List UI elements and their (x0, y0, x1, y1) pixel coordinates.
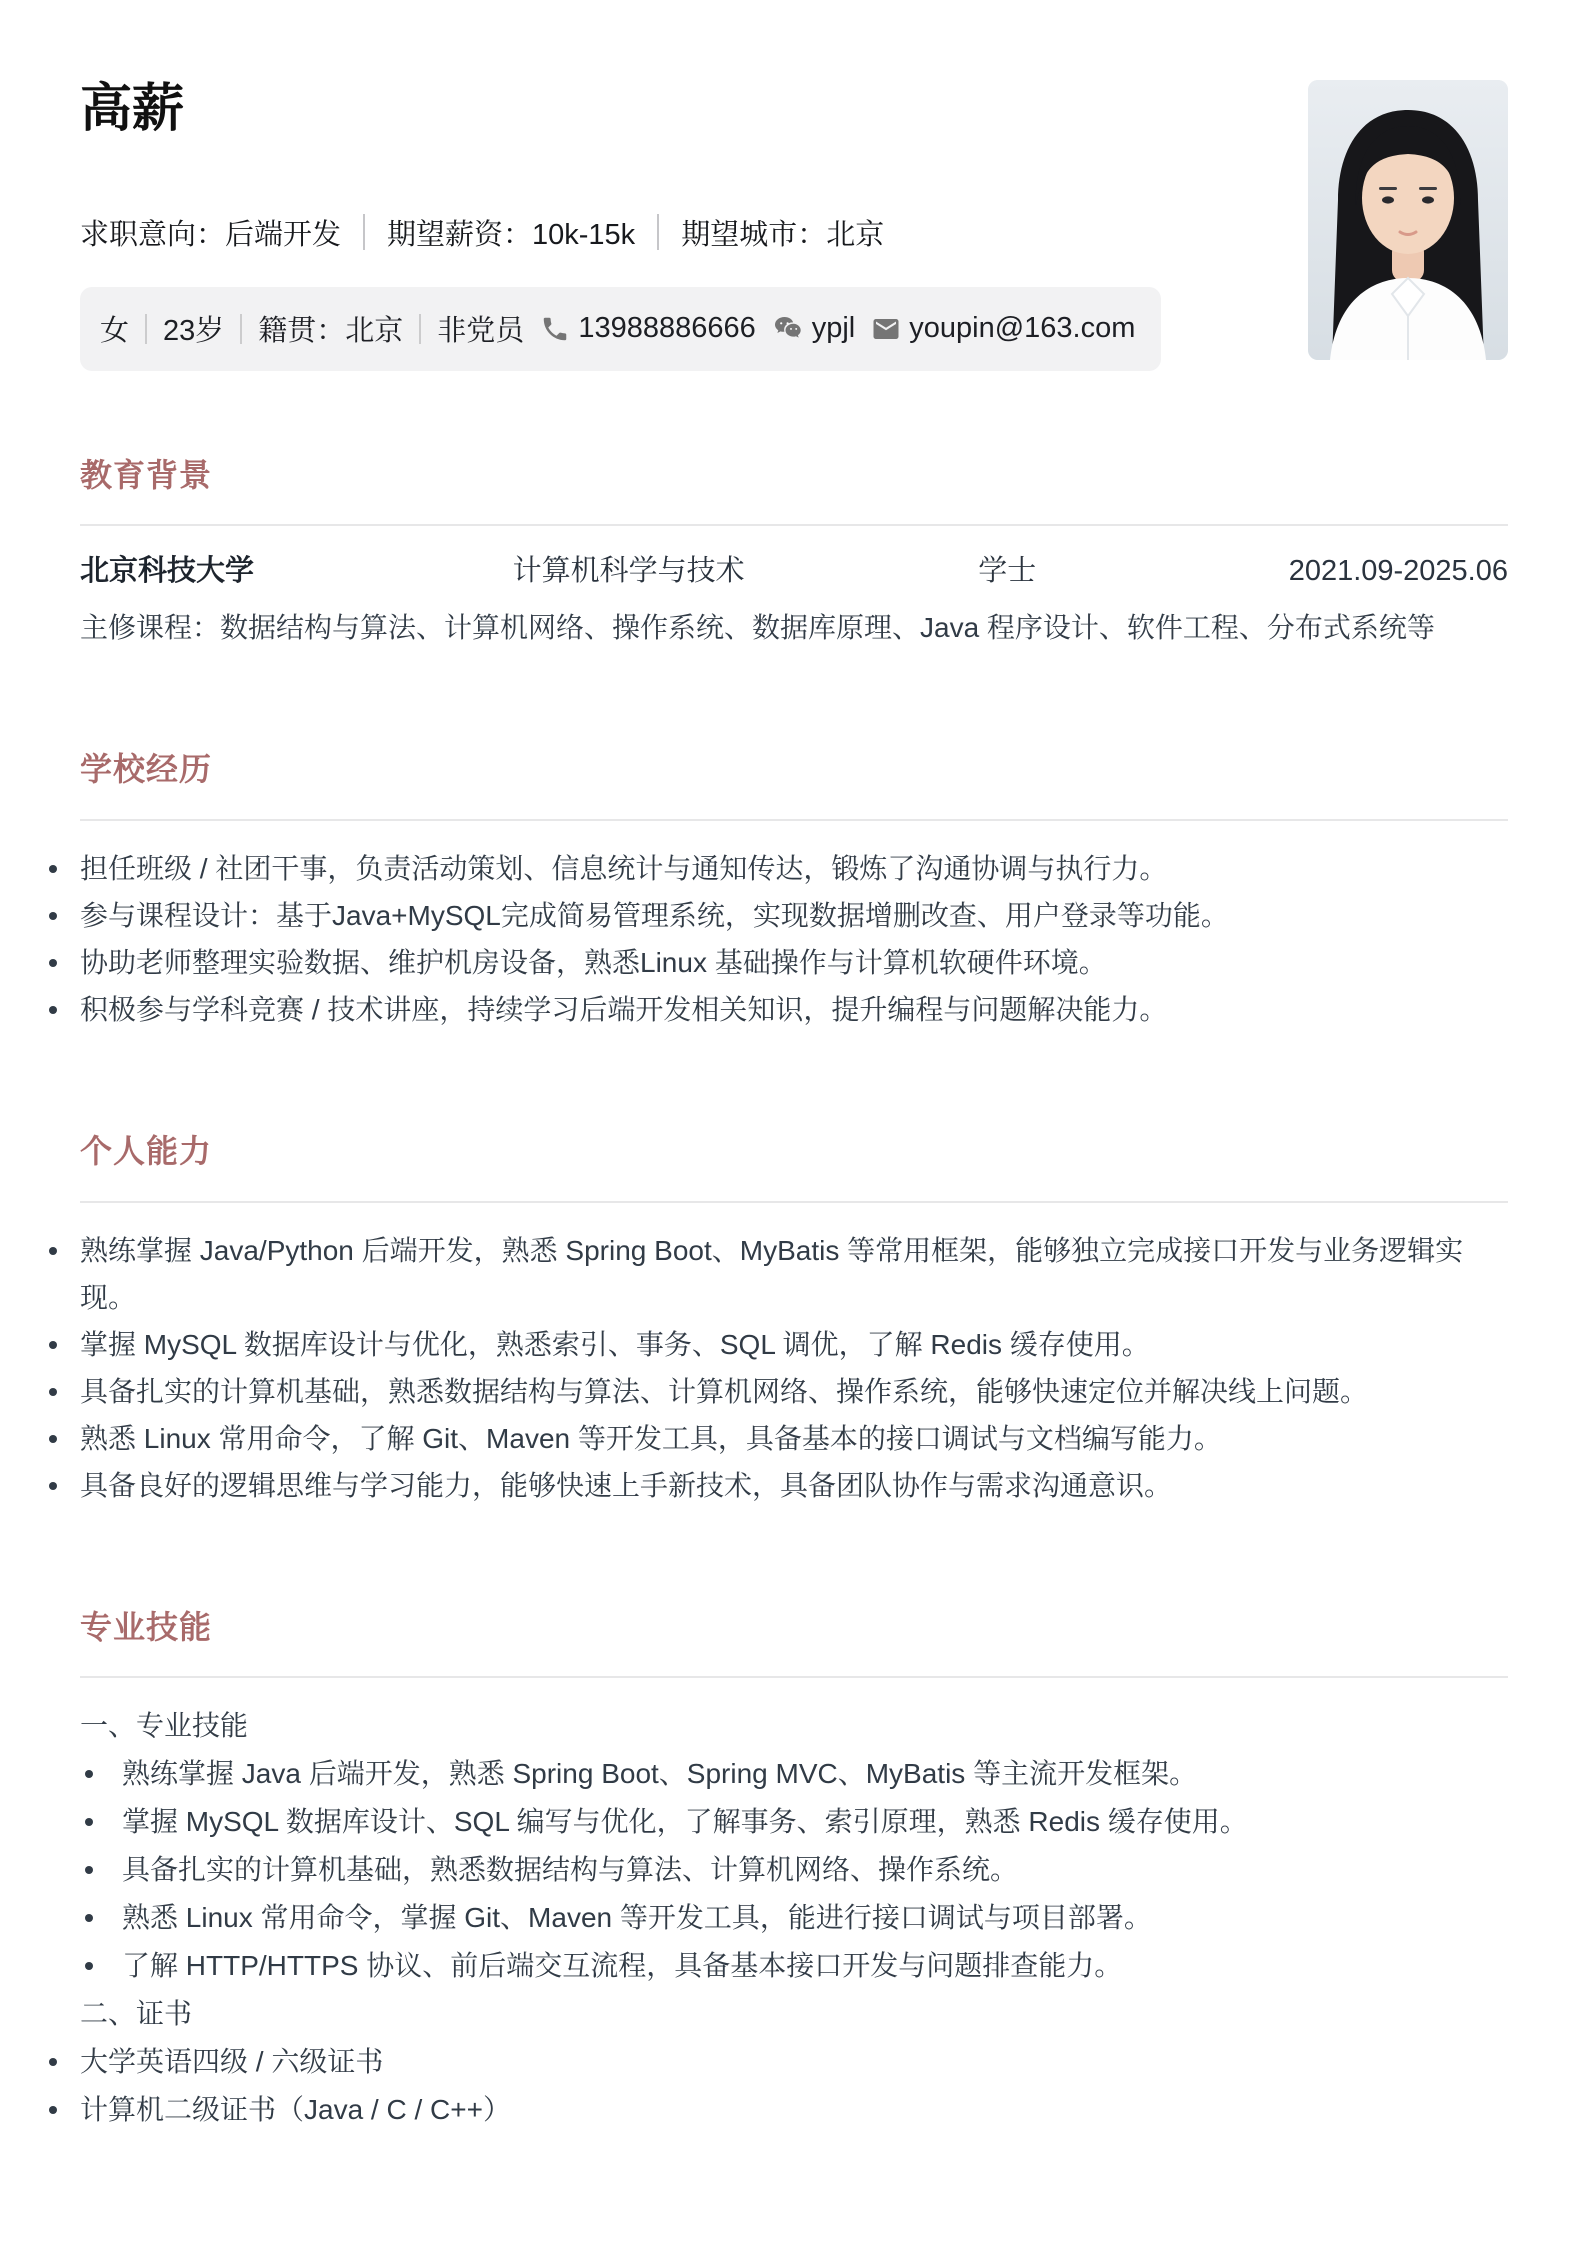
intent-target: 求职意向：后端开发 (80, 212, 341, 253)
email-address: youpin@163.com (909, 312, 1135, 345)
info-political-status: 非党员 (437, 308, 524, 349)
profile-photo (1308, 80, 1508, 360)
job-intent-line: 求职意向：后端开发 期望薪资：10k-15k 期望城市：北京 (80, 212, 1508, 253)
divider (657, 214, 659, 250)
list-item: 熟悉 Linux 常用命令，掌握 Git、Maven 等开发工具，能进行接口调试… (80, 1894, 1508, 1942)
list-item: 了解 HTTP/HTTPS 协议、前后端交互流程，具备基本接口开发与问题排查能力… (80, 1942, 1508, 1990)
list-item: 具备扎实的计算机基础，熟悉数据结构与算法、计算机网络、操作系统，能够快速定位并解… (80, 1368, 1508, 1415)
section-school-experience: 学校经历 担任班级 / 社团干事，负责活动策划、信息统计与通知传达，锻炼了沟通协… (80, 749, 1508, 1033)
list-item: 担任班级 / 社团干事，负责活动策划、信息统计与通知传达，锻炼了沟通协调与执行力… (80, 845, 1508, 892)
info-age: 23岁 (163, 308, 224, 349)
wechat-id: ypjl (812, 312, 856, 345)
list-item: 协助老师整理实验数据、维护机房设备，熟悉Linux 基础操作与计算机软硬件环境。 (80, 939, 1508, 986)
skills-group2-title: 二、证书 (80, 1990, 1508, 2038)
section-title-education: 教育背景 (80, 455, 1508, 497)
section-divider (80, 819, 1508, 821)
resume-page: 高薪 求职意向：后端开发 期望薪资：10k-15k 期望城市：北京 女 23岁 … (0, 0, 1588, 2134)
intent-salary: 期望薪资：10k-15k (387, 212, 635, 253)
list-item: 掌握 MySQL 数据库设计与优化，熟悉索引、事务、SQL 调优，了解 Redi… (80, 1321, 1508, 1368)
list-item: 具备良好的逻辑思维与学习能力，能够快速上手新技术，具备团队协作与需求沟通意识。 (80, 1462, 1508, 1509)
basic-info-bar: 女 23岁 籍贯：北京 非党员 13988886666 ypjl (80, 287, 1161, 371)
section-divider (80, 1676, 1508, 1678)
education-school: 北京科技大学 (80, 550, 513, 592)
skills-group2-list: 大学英语四级 / 六级证书 计算机二级证书（Java / C / C++） (80, 2038, 1508, 2134)
phone-icon (540, 314, 570, 344)
divider (145, 314, 147, 344)
section-title-school-experience: 学校经历 (80, 749, 1508, 791)
education-major: 计算机科学与技术 (513, 550, 979, 592)
skills-group1-title: 一、专业技能 (80, 1702, 1508, 1750)
divider (363, 214, 365, 250)
list-item: 熟练掌握 Java 后端开发，熟悉 Spring Boot、Spring MVC… (80, 1750, 1508, 1798)
education-period: 2021.09-2025.06 (1289, 550, 1508, 592)
intent-city: 期望城市：北京 (681, 212, 884, 253)
phone-number: 13988886666 (578, 312, 755, 345)
section-title-abilities: 个人能力 (80, 1131, 1508, 1173)
section-divider (80, 524, 1508, 526)
list-item: 参与课程设计：基于Java+MySQL完成简易管理系统，实现数据增删改查、用户登… (80, 892, 1508, 939)
list-item: 具备扎实的计算机基础，熟悉数据结构与算法、计算机网络、操作系统。 (80, 1846, 1508, 1894)
section-education: 教育背景 北京科技大学 计算机科学与技术 学士 2021.09-2025.06 … (80, 455, 1508, 652)
wechat-icon (772, 314, 804, 344)
candidate-name: 高薪 (80, 80, 1508, 140)
divider (240, 314, 242, 344)
list-item: 积极参与学科竞赛 / 技术讲座，持续学习后端开发相关知识，提升编程与问题解决能力… (80, 986, 1508, 1033)
list-item: 计算机二级证书（Java / C / C++） (80, 2086, 1508, 2134)
divider (419, 314, 421, 344)
education-degree: 学士 (978, 550, 1289, 592)
list-item: 熟练掌握 Java/Python 后端开发，熟悉 Spring Boot、MyB… (80, 1227, 1508, 1321)
section-abilities: 个人能力 熟练掌握 Java/Python 后端开发，熟悉 Spring Boo… (80, 1131, 1508, 1509)
info-hometown: 籍贯：北京 (258, 308, 403, 349)
list-item: 熟悉 Linux 常用命令，了解 Git、Maven 等开发工具，具备基本的接口… (80, 1415, 1508, 1462)
section-skills: 专业技能 一、专业技能 熟练掌握 Java 后端开发，熟悉 Spring Boo… (80, 1607, 1508, 2135)
list-item: 大学英语四级 / 六级证书 (80, 2038, 1508, 2086)
section-title-skills: 专业技能 (80, 1607, 1508, 1649)
education-courses: 主修课程：数据结构与算法、计算机网络、操作系统、数据库原理、Java 程序设计、… (80, 604, 1508, 651)
skills-group1-list: 熟练掌握 Java 后端开发，熟悉 Spring Boot、Spring MVC… (80, 1750, 1508, 1990)
info-gender: 女 (100, 308, 129, 349)
school-experience-list: 担任班级 / 社团干事，负责活动策划、信息统计与通知传达，锻炼了沟通协调与执行力… (80, 845, 1508, 1033)
email-icon (871, 314, 901, 344)
abilities-list: 熟练掌握 Java/Python 后端开发，熟悉 Spring Boot、MyB… (80, 1227, 1508, 1509)
list-item: 掌握 MySQL 数据库设计、SQL 编写与优化，了解事务、索引原理，熟悉 Re… (80, 1798, 1508, 1846)
education-row: 北京科技大学 计算机科学与技术 学士 2021.09-2025.06 (80, 550, 1508, 592)
portrait-illustration (1308, 80, 1508, 360)
section-divider (80, 1201, 1508, 1203)
